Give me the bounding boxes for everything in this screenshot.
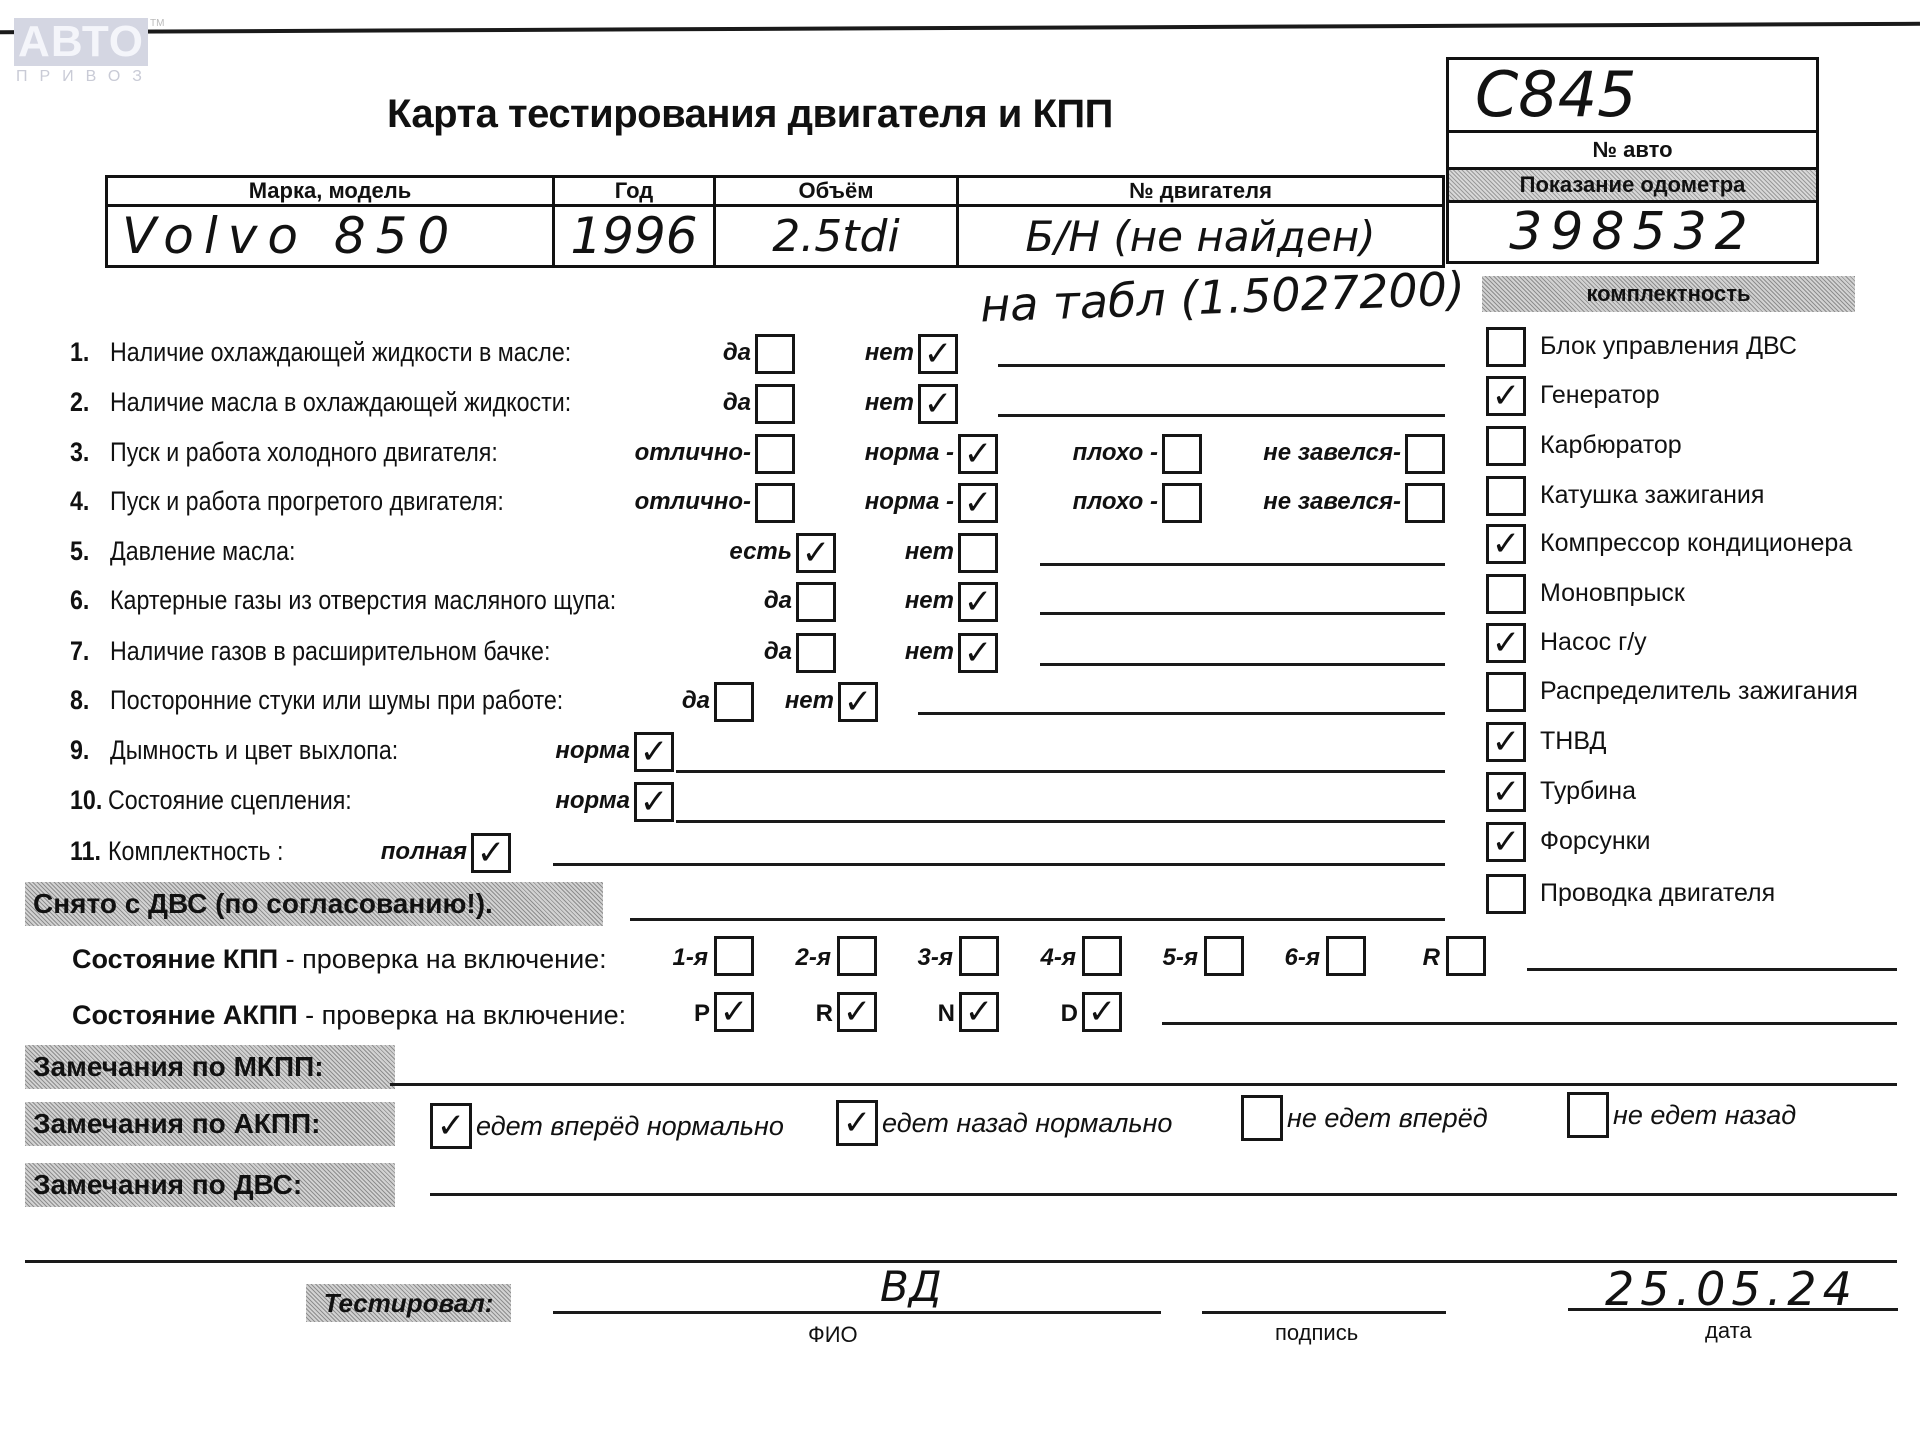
check-mark-icon: ✓ [1492, 379, 1521, 413]
option-checkbox[interactable] [796, 633, 836, 673]
completeness-checkbox[interactable] [1486, 672, 1526, 712]
check-mark-icon: ✓ [964, 636, 993, 670]
option-label: норма - [865, 488, 954, 516]
engine-number-field[interactable]: Б/Н (не найден) [958, 206, 1444, 267]
question-number: 1. [70, 337, 89, 368]
option-checkbox[interactable]: ✓ [958, 633, 998, 673]
option-checkbox[interactable]: ✓ [958, 582, 998, 622]
tested-by-label: Тестировал: [306, 1284, 511, 1322]
option-label: не завелся- [1263, 488, 1401, 516]
question-number: 6. [70, 585, 89, 616]
question-number: 8. [70, 685, 89, 716]
top-rule [0, 22, 1920, 34]
auto-gearbox-label-rest: - проверка на включение: [298, 1000, 627, 1030]
note-line[interactable] [676, 770, 1445, 773]
option-checkbox[interactable] [714, 682, 754, 722]
year-field[interactable]: 1996 [554, 206, 715, 267]
removed-banner: Снято с ДВС (по согласованию!). [25, 882, 603, 926]
completeness-checkbox[interactable]: ✓ [1486, 822, 1526, 862]
completeness-item-label: Распределитель зажигания [1540, 677, 1858, 706]
note-line[interactable] [1040, 563, 1445, 566]
check-mark-icon: ✓ [844, 685, 873, 719]
check-mark-icon: ✓ [964, 437, 993, 471]
option-checkbox[interactable] [755, 434, 795, 474]
auto-gear-checkbox[interactable]: ✓ [837, 992, 877, 1032]
question-number: 11. [70, 836, 101, 867]
note-line[interactable] [1040, 612, 1445, 615]
question-text: Пуск и работа холодного двигателя: [110, 437, 498, 468]
logo: АВТО [14, 18, 148, 66]
option-checkbox[interactable]: ✓ [634, 732, 674, 772]
question-number: 2. [70, 387, 89, 418]
option-label: норма [555, 787, 630, 815]
fio-line[interactable] [553, 1311, 1161, 1314]
gear-checkbox[interactable] [1204, 936, 1244, 976]
completeness-checkbox[interactable] [1486, 327, 1526, 367]
note-line[interactable] [553, 863, 1445, 866]
akpp-option-label: не едет вперёд [1287, 1103, 1488, 1134]
option-checkbox[interactable]: ✓ [838, 682, 878, 722]
question-text: Состояние сцепления: [108, 785, 352, 816]
check-mark-icon: ✓ [843, 995, 872, 1029]
option-checkbox[interactable]: ✓ [918, 384, 958, 424]
question-text: Картерные газы из отверстия масляного щу… [110, 585, 616, 616]
option-label: есть [729, 538, 792, 566]
auto-gear-label: P [694, 1000, 710, 1028]
completeness-item-label: Блок управления ДВС [1540, 332, 1797, 361]
gear-checkbox[interactable] [1446, 936, 1486, 976]
option-label: нет [905, 538, 954, 566]
completeness-checkbox[interactable] [1486, 476, 1526, 516]
question-number: 4. [70, 486, 89, 517]
option-label: не завелся- [1263, 439, 1401, 467]
remarks-mkpp-banner: Замечания по МКПП: [25, 1045, 395, 1089]
completeness-checkbox[interactable]: ✓ [1486, 623, 1526, 663]
completeness-item-label: Насос г/у [1540, 628, 1647, 657]
signature-label: подпись [1275, 1320, 1358, 1346]
check-mark-icon: ✓ [477, 836, 506, 870]
auto-gearbox-label-bold: Состояние АКПП [72, 1000, 298, 1030]
question-text: Наличие охлаждающей жидкости в масле: [110, 337, 571, 368]
completeness-checkbox[interactable] [1486, 574, 1526, 614]
check-mark-icon: ✓ [1492, 775, 1521, 809]
option-checkbox[interactable]: ✓ [958, 483, 998, 523]
gear-checkbox[interactable] [1082, 936, 1122, 976]
option-checkbox[interactable] [1162, 434, 1202, 474]
akpp-option-checkbox[interactable] [1241, 1095, 1283, 1141]
car-info-box: C845 № авто Показание одометра 398532 [1446, 57, 1819, 264]
question-text: Наличие газов в расширительном бачке: [110, 636, 550, 667]
signature-line[interactable] [1202, 1311, 1446, 1314]
completeness-item-label: Проводка двигателя [1540, 879, 1775, 908]
completeness-checkbox[interactable] [1486, 426, 1526, 466]
date-label: дата [1705, 1318, 1752, 1344]
auto-gear-checkbox[interactable]: ✓ [959, 992, 999, 1032]
question-text: Посторонние стуки или шумы при работе: [110, 685, 563, 716]
completeness-item-label: Моновпрыск [1540, 579, 1685, 608]
car-number-label: № авто [1449, 133, 1816, 170]
check-mark-icon: ✓ [720, 995, 749, 1029]
fio-label: ФИО [808, 1322, 858, 1348]
option-label: да [682, 687, 710, 715]
header-volume: Объём [715, 177, 958, 206]
option-label: отлично- [635, 488, 751, 516]
page-title: Карта тестирования двигателя и КПП [387, 92, 1113, 137]
header-engine-number: № двигателя [958, 177, 1444, 206]
logo-trademark: TM [150, 18, 164, 29]
question-number: 9. [70, 735, 89, 766]
check-mark-icon: ✓ [802, 536, 831, 570]
question-text: Комплектность : [108, 836, 283, 867]
akpp-option-label: едет вперёд нормально [476, 1111, 784, 1142]
completeness-item-label: Карбюратор [1540, 431, 1682, 460]
question-text: Пуск и работа прогретого двигателя: [110, 486, 504, 517]
option-checkbox[interactable] [1405, 483, 1445, 523]
check-mark-icon: ✓ [1492, 725, 1521, 759]
auto-gearbox-line[interactable] [1162, 1022, 1897, 1025]
gear-label: 6-я [1285, 944, 1320, 972]
option-label: плохо - [1073, 488, 1158, 516]
check-mark-icon: ✓ [640, 735, 669, 769]
gear-checkbox[interactable] [959, 936, 999, 976]
completeness-item-label: Форсунки [1540, 827, 1651, 856]
gear-label: R [1423, 944, 1440, 972]
date-value: 25.05.24 [1605, 1262, 1858, 1316]
check-mark-icon: ✓ [924, 387, 953, 421]
remarks-mkpp-line[interactable] [390, 1083, 1897, 1086]
question-number: 10. [70, 785, 102, 816]
header-year: Год [554, 177, 715, 206]
option-label: нет [785, 687, 834, 715]
akpp-option-label: едет назад нормально [882, 1108, 1172, 1139]
check-mark-icon: ✓ [965, 995, 994, 1029]
gear-label: 5-я [1163, 944, 1198, 972]
completeness-item-label: Компрессор кондиционера [1540, 529, 1852, 558]
question-number: 5. [70, 536, 89, 567]
note-line[interactable] [918, 712, 1445, 715]
option-label: норма [555, 737, 630, 765]
check-mark-icon: ✓ [964, 585, 993, 619]
question-text: Дымность и цвет выхлопа: [110, 735, 398, 766]
option-label: плохо - [1073, 439, 1158, 467]
option-checkbox[interactable]: ✓ [918, 334, 958, 374]
option-checkbox[interactable] [755, 483, 795, 523]
option-checkbox[interactable] [1405, 434, 1445, 474]
completeness-item-label: ТНВД [1540, 727, 1606, 756]
option-checkbox[interactable] [755, 334, 795, 374]
make-model-field[interactable]: Volvo 850 [107, 206, 554, 267]
check-mark-icon: ✓ [1088, 995, 1117, 1029]
note-line[interactable] [998, 364, 1445, 367]
option-checkbox[interactable] [958, 533, 998, 573]
akpp-option-checkbox[interactable] [1567, 1092, 1609, 1138]
header-make-model: Марка, модель [107, 177, 554, 206]
option-label: нет [865, 339, 914, 367]
option-label: норма - [865, 439, 954, 467]
akpp-option-label: не едет назад [1613, 1100, 1796, 1131]
check-mark-icon: ✓ [843, 1106, 872, 1140]
akpp-option-checkbox[interactable]: ✓ [836, 1100, 878, 1146]
manual-gearbox-label-bold: Состояние КПП [72, 944, 278, 974]
gear-label: 3-я [918, 944, 953, 972]
vehicle-table: Марка, модель Год Объём № двигателя Volv… [105, 175, 1445, 268]
check-mark-icon: ✓ [924, 337, 953, 371]
completeness-banner: комплектность [1482, 276, 1855, 312]
car-number-field[interactable]: C845 [1449, 60, 1816, 133]
auto-gear-checkbox[interactable]: ✓ [1082, 992, 1122, 1032]
option-label: полная [381, 838, 467, 866]
auto-gear-checkbox[interactable]: ✓ [714, 992, 754, 1032]
auto-gear-label: D [1061, 1000, 1078, 1028]
check-mark-icon: ✓ [1492, 825, 1521, 859]
option-checkbox[interactable]: ✓ [958, 434, 998, 474]
question-text: Наличие масла в охлаждающей жидкости: [110, 387, 571, 418]
logo-subtext: ПРИВОЗ [16, 68, 154, 86]
check-mark-icon: ✓ [640, 785, 669, 819]
completeness-checkbox[interactable]: ✓ [1486, 772, 1526, 812]
completeness-checkbox[interactable]: ✓ [1486, 376, 1526, 416]
akpp-option-checkbox[interactable]: ✓ [430, 1103, 472, 1149]
removed-line[interactable] [630, 918, 1445, 921]
gear-checkbox[interactable] [714, 936, 754, 976]
option-checkbox[interactable] [796, 582, 836, 622]
gear-checkbox[interactable] [1326, 936, 1366, 976]
gear-label: 4-я [1041, 944, 1076, 972]
remarks-akpp-banner: Замечания по АКПП: [25, 1102, 395, 1146]
completeness-checkbox[interactable]: ✓ [1486, 524, 1526, 564]
option-checkbox[interactable] [755, 384, 795, 424]
engine-note: на табл (1.5027200) [979, 262, 1466, 333]
completeness-item-label: Генератор [1540, 381, 1660, 410]
check-mark-icon: ✓ [1492, 527, 1521, 561]
remarks-dvs-banner: Замечания по ДВС: [25, 1163, 395, 1207]
question-text: Давление масла: [110, 536, 295, 567]
option-checkbox[interactable]: ✓ [796, 533, 836, 573]
check-mark-icon: ✓ [1492, 626, 1521, 660]
completeness-item-label: Катушка зажигания [1540, 481, 1764, 510]
note-line[interactable] [676, 820, 1445, 823]
option-label: нет [905, 587, 954, 615]
manual-gearbox-label-rest: - проверка на включение: [278, 944, 607, 974]
option-label: да [723, 339, 751, 367]
auto-gear-label: N [938, 1000, 955, 1028]
completeness-checkbox[interactable]: ✓ [1486, 722, 1526, 762]
gear-label: 1-я [673, 944, 708, 972]
option-label: нет [905, 638, 954, 666]
volume-field[interactable]: 2.5tdi [715, 206, 958, 267]
auto-gear-label: R [816, 1000, 833, 1028]
fio-value: ВД [880, 1262, 942, 1311]
question-number: 3. [70, 437, 89, 468]
question-number: 7. [70, 636, 89, 667]
gear-label: 2-я [796, 944, 831, 972]
manual-gearbox-label: Состояние КПП - проверка на включение: [72, 944, 607, 975]
option-checkbox[interactable]: ✓ [634, 782, 674, 822]
gear-checkbox[interactable] [837, 936, 877, 976]
option-label: нет [865, 389, 914, 417]
check-mark-icon: ✓ [964, 486, 993, 520]
option-label: да [764, 638, 792, 666]
completeness-item-label: Турбина [1540, 777, 1636, 806]
remarks-dvs-line[interactable] [430, 1193, 1897, 1196]
auto-gearbox-label: Состояние АКПП - проверка на включение: [72, 1000, 626, 1031]
note-line[interactable] [998, 414, 1445, 417]
option-checkbox[interactable] [1162, 483, 1202, 523]
manual-gearbox-line[interactable] [1527, 968, 1897, 971]
option-label: да [764, 587, 792, 615]
odometer-label: Показание одометра [1449, 170, 1816, 203]
option-label: отлично- [635, 439, 751, 467]
note-line[interactable] [1040, 663, 1445, 666]
completeness-checkbox[interactable] [1486, 874, 1526, 914]
option-label: да [723, 389, 751, 417]
odometer-field[interactable]: 398532 [1449, 203, 1816, 261]
option-checkbox[interactable]: ✓ [471, 833, 511, 873]
check-mark-icon: ✓ [437, 1109, 466, 1143]
